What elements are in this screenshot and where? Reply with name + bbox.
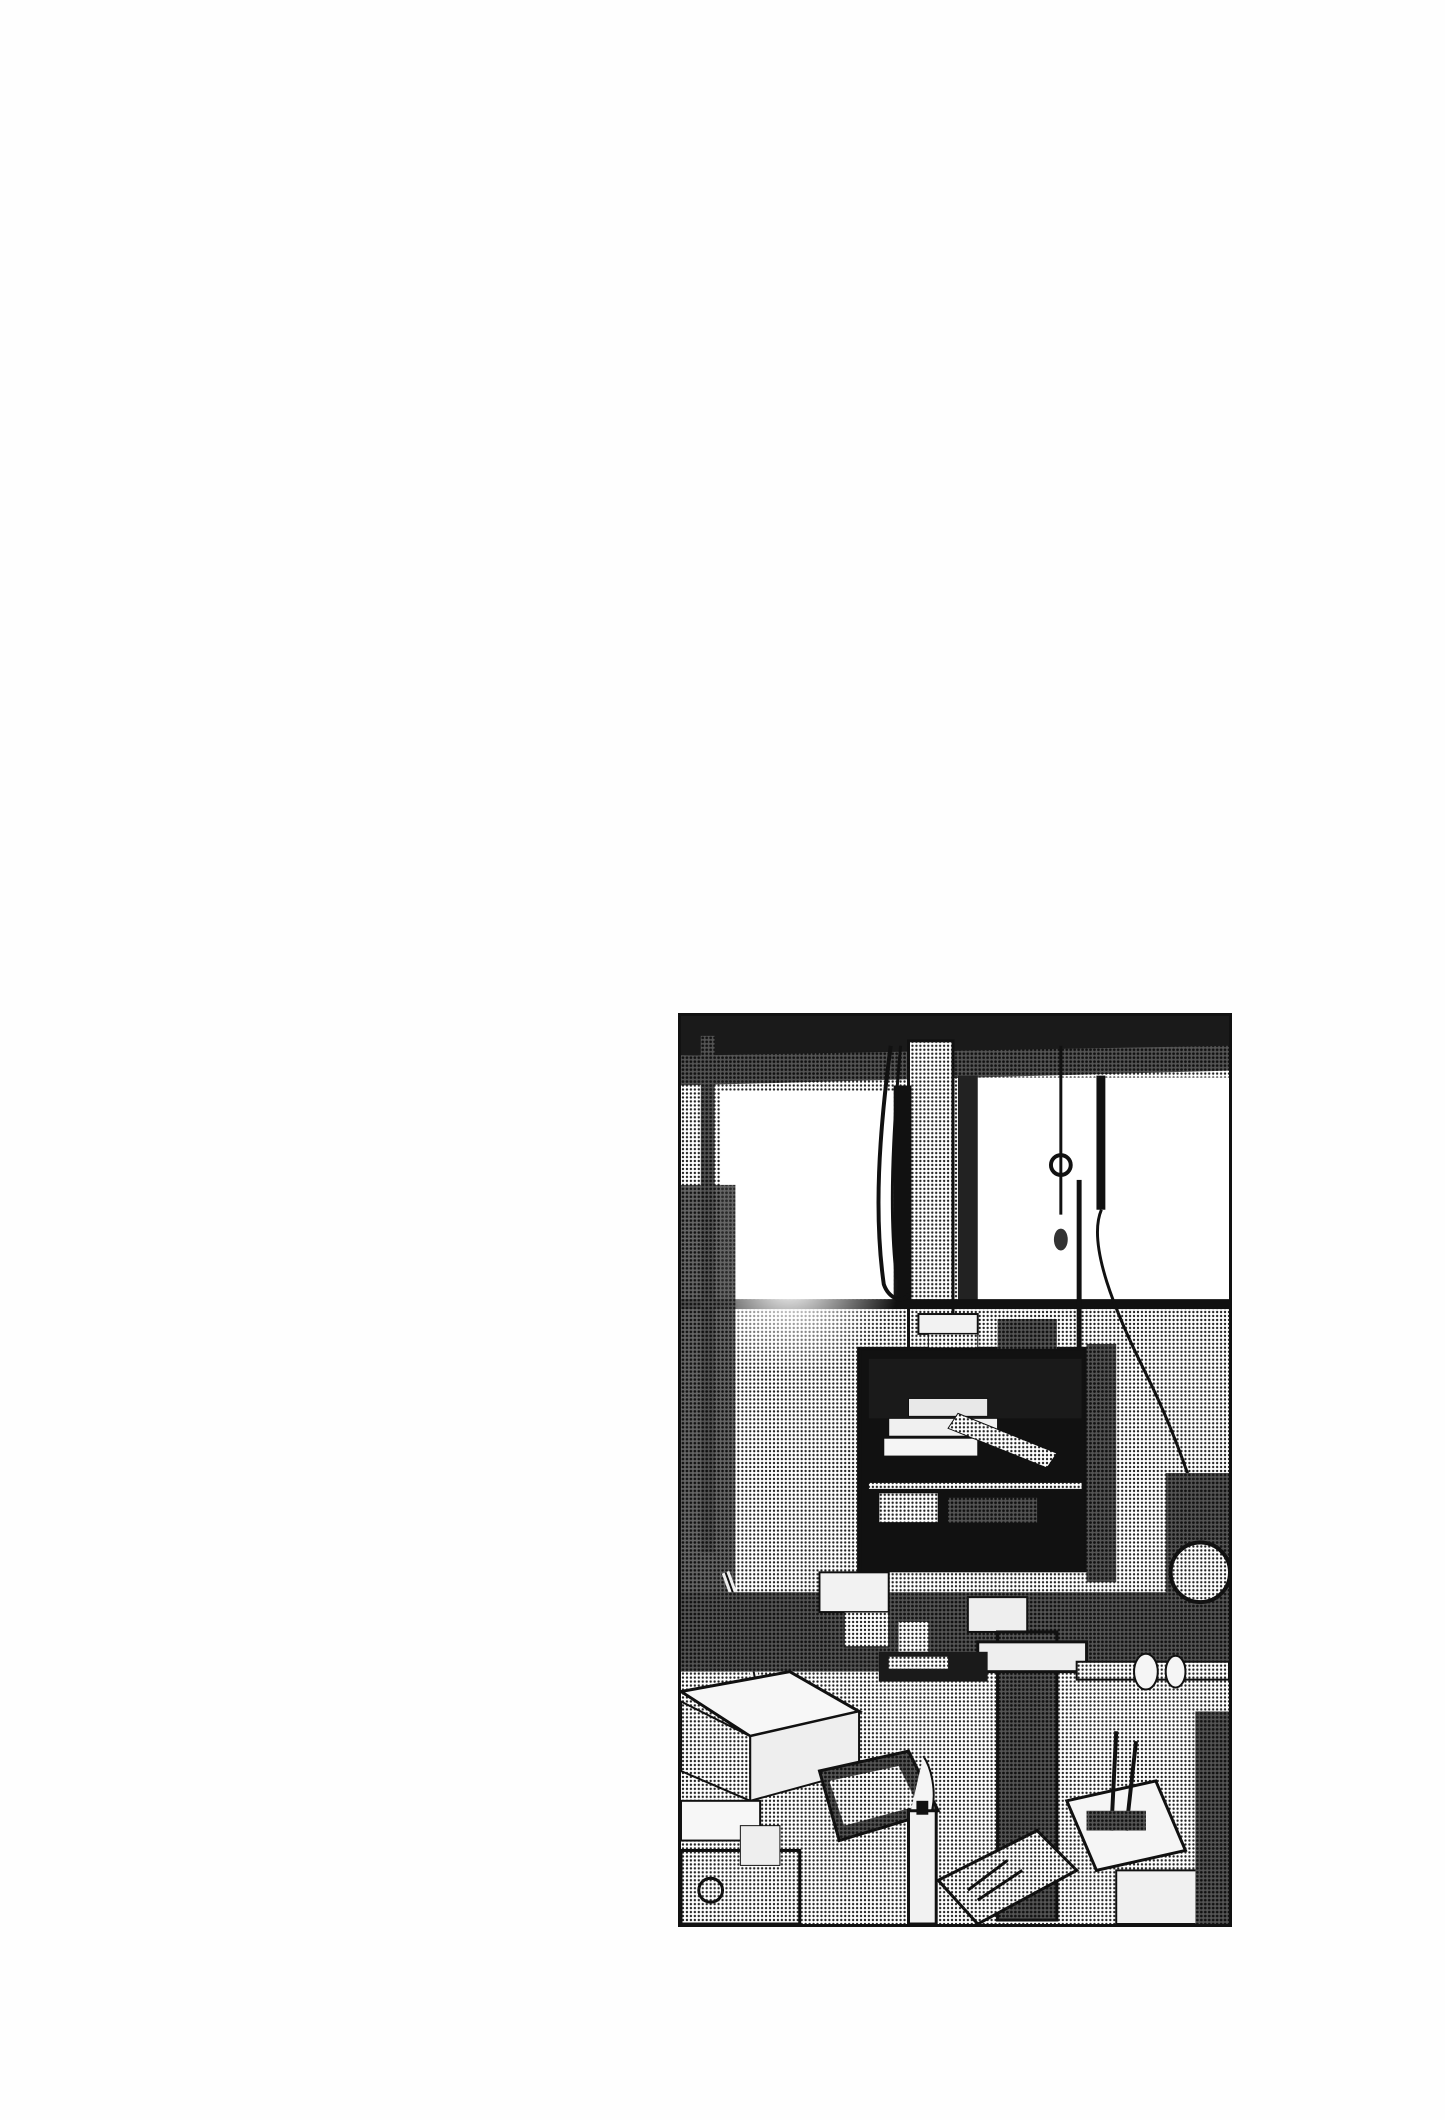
- bottle: [909, 1811, 937, 1924]
- manga-page: Black-and-white halftone illustration of…: [0, 0, 1445, 2120]
- workshop-panel: [678, 1013, 1232, 1927]
- workshop-illustration: [681, 1016, 1229, 1924]
- vise: [978, 1642, 1087, 1672]
- panel-description: Black-and-white halftone illustration of…: [0, 0, 1, 1]
